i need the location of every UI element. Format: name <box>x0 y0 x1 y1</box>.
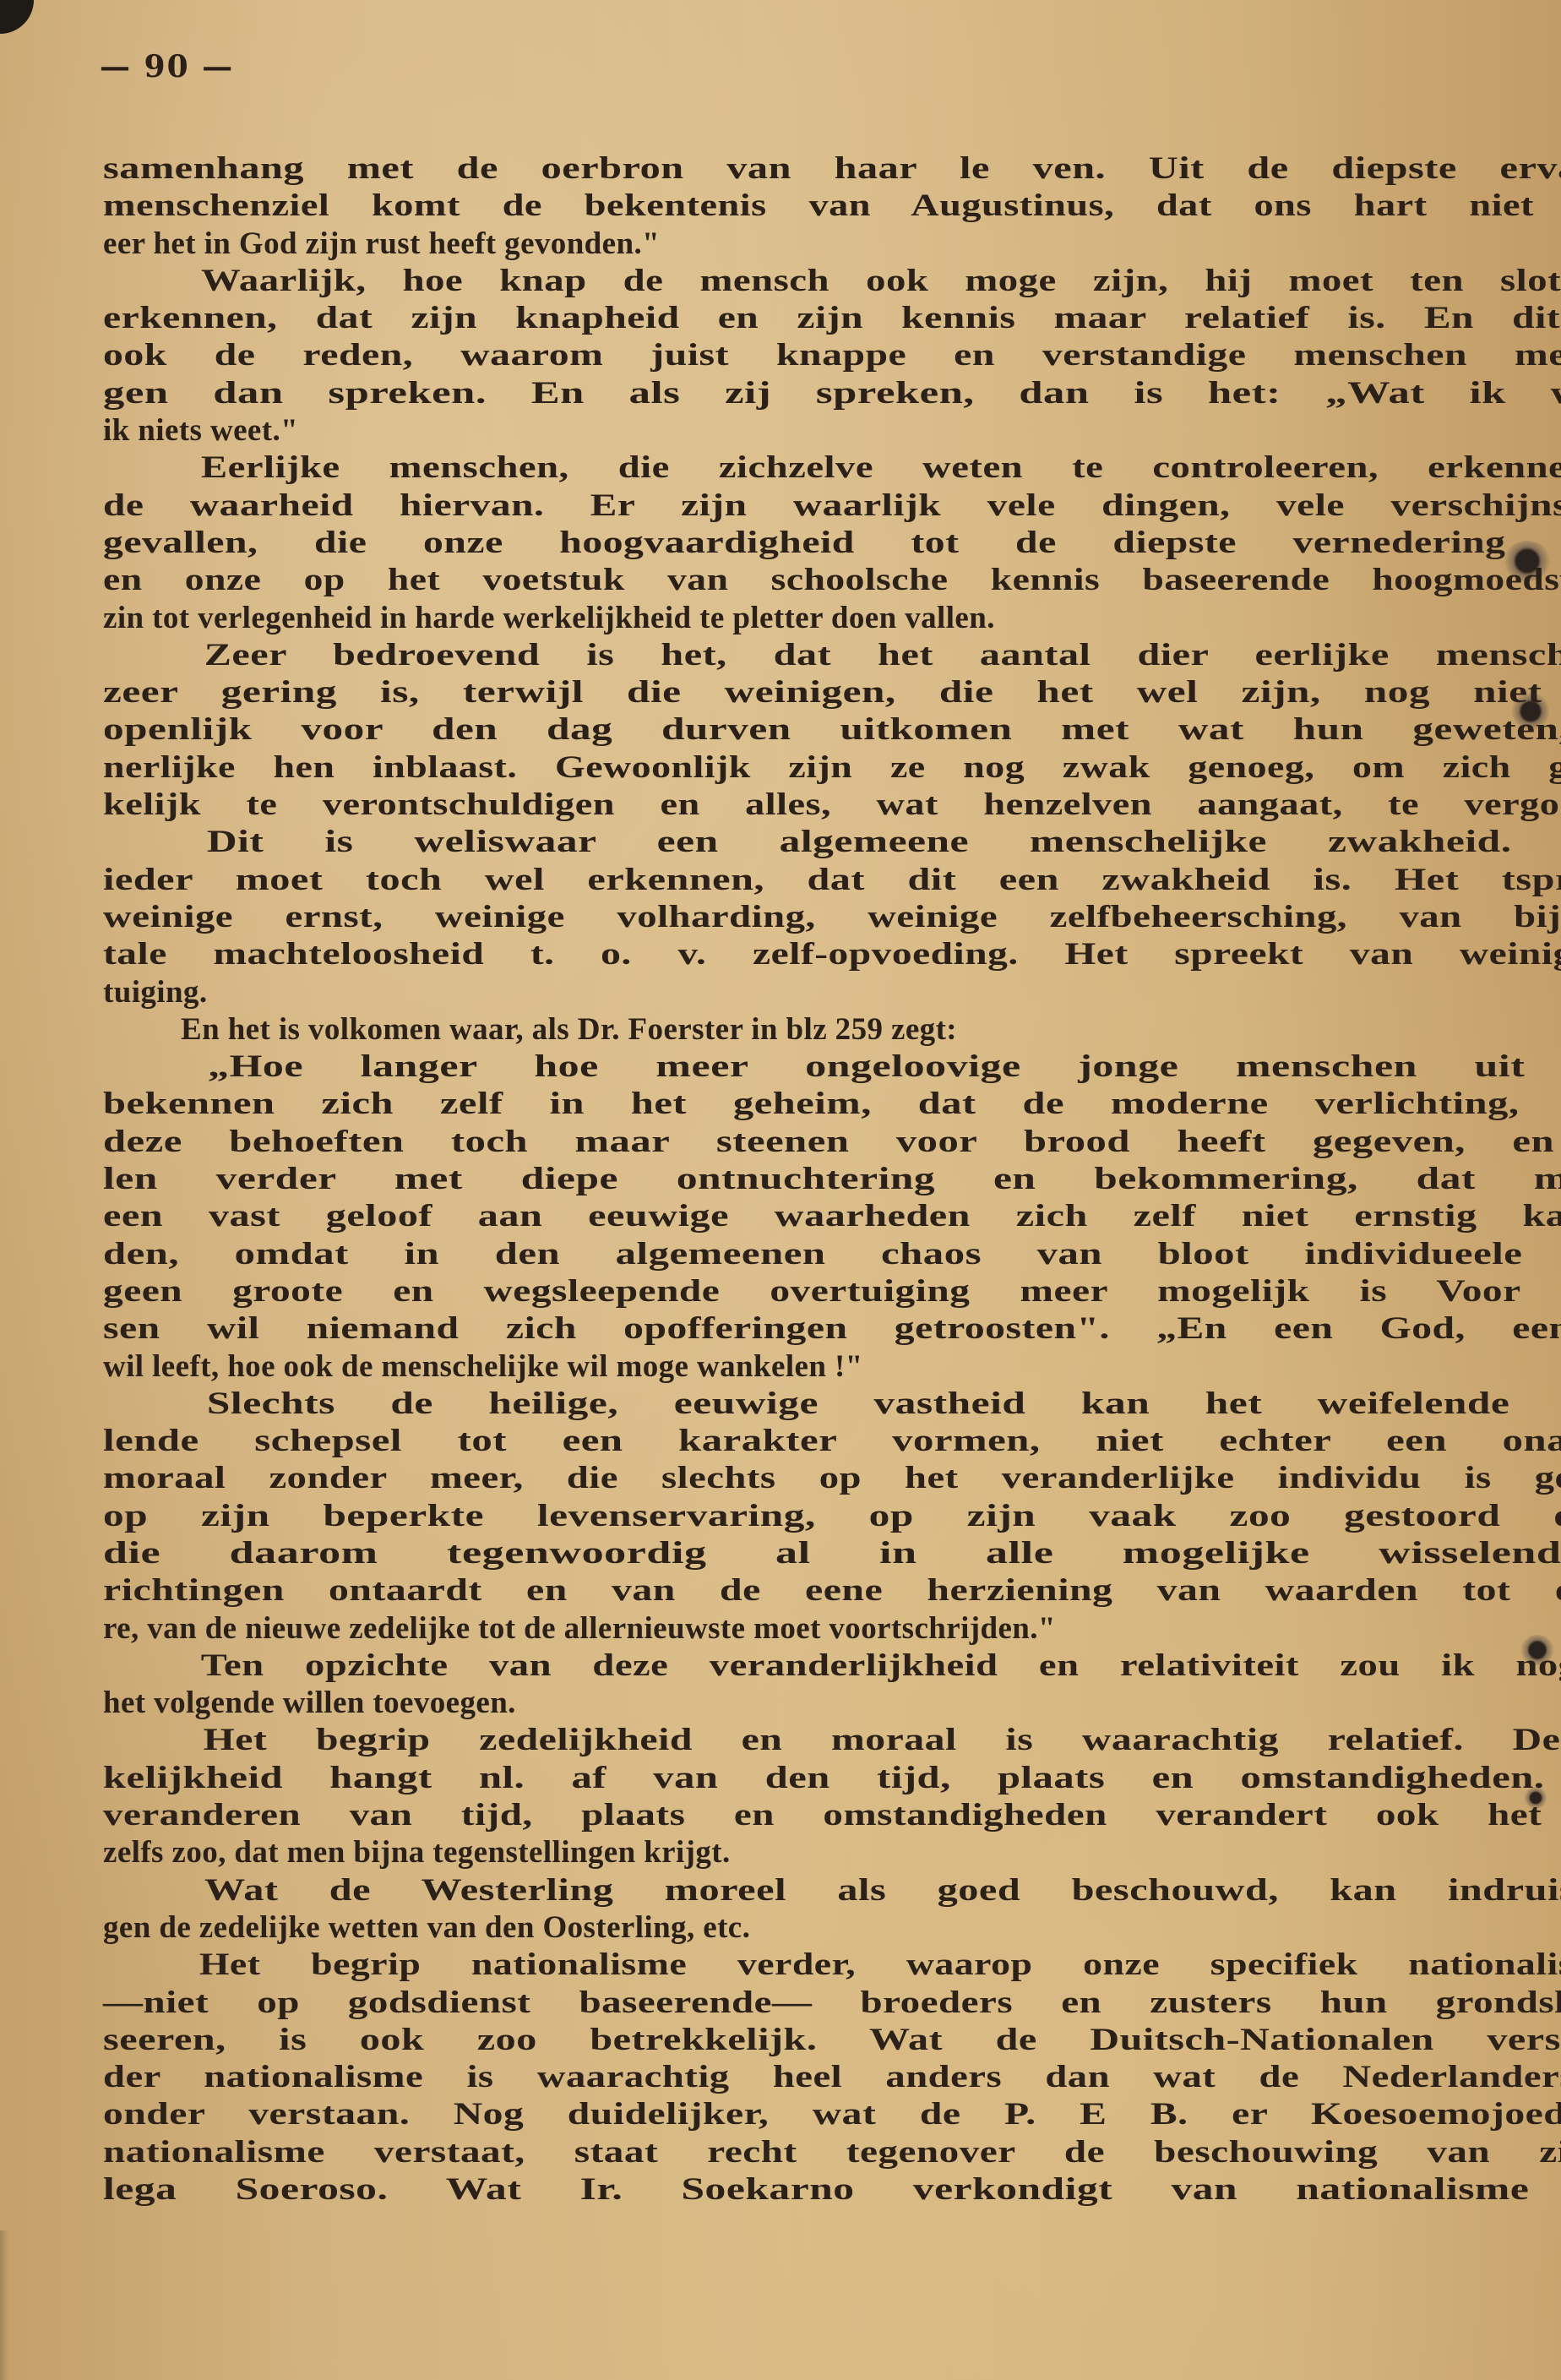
text-line: gen de zedelijke wetten van den Oosterli… <box>103 1909 1370 1947</box>
text-line: den, omdat in den algemeenen chaos van b… <box>103 1236 1561 1273</box>
text-line: richtingen ontaardt en van de eene herzi… <box>103 1572 1561 1609</box>
text-line: Wat de Westerling moreel als goed bescho… <box>103 1872 1561 1909</box>
text-line: samenhang met de oerbron van haar le ven… <box>103 150 1561 188</box>
text-line: kelijk te verontschuldigen en alles, wat… <box>103 787 1561 824</box>
text-line: Ten opzichte van deze veranderlijkheid e… <box>103 1647 1561 1685</box>
text-line: eer het in God zijn rust heeft gevonden.… <box>103 226 1370 263</box>
text-line: deze behoeften toch maar steenen voor br… <box>103 1124 1561 1161</box>
page-corner-shadow <box>0 0 34 34</box>
text-line: gevallen, die onze hoogvaardigheid tot d… <box>103 525 1561 562</box>
text-line: zeer gering is, terwijl die weinigen, di… <box>103 674 1561 711</box>
text-line: bekennen zich zelf in het geheim, dat de… <box>103 1086 1561 1123</box>
text-line: seeren, is ook zoo betrekkelijk. Wat de … <box>103 2022 1561 2059</box>
text-line: tuiging. <box>103 974 1370 1011</box>
text-line: len verder met diepe ontnuchtering en be… <box>103 1161 1561 1198</box>
text-line: ik niets weet." <box>103 412 1370 449</box>
text-line: ook de reden, waarom juist knappe en ver… <box>103 337 1561 374</box>
text-line: en onze op het voetstuk van schoolsche k… <box>103 562 1561 599</box>
text-line: lega Soeroso. Wat Ir. Soekarno verkondig… <box>103 2171 1561 2208</box>
text-line: onder verstaan. Nog duidelijker, wat de … <box>103 2096 1561 2133</box>
text-line: openlijk voor den dag durven uitkomen me… <box>103 711 1561 749</box>
text-line: een vast geloof aan eeuwige waarheden zi… <box>103 1198 1561 1235</box>
text-line: Dit is weliswaar een algemeene menscheli… <box>103 824 1561 861</box>
text-line: erkennen, dat zijn knapheid en zijn kenn… <box>103 300 1561 337</box>
text-line: wil leeft, hoe ook de menschelijke wil m… <box>103 1348 1370 1386</box>
text-line: zin tot verlegenheid in harde werkelijkh… <box>103 600 1370 637</box>
text-line: veranderen van tijd, plaats en omstandig… <box>103 1797 1561 1834</box>
text-line: gen dan spreken. En als zij spreken, dan… <box>103 375 1561 412</box>
scanned-page: — 90 — samenhang met de oerbron van haar… <box>0 0 1561 2380</box>
text-line: weinige ernst, weinige volharding, weini… <box>103 899 1561 936</box>
text-line: die daarom tegenwoordig al in alle mogel… <box>103 1535 1561 1572</box>
page-edge-shadow <box>0 2230 8 2380</box>
text-line: tale machteloosheid t. o. v. zelf-opvoed… <box>103 936 1561 973</box>
text-line: sen wil niemand zich opofferingen getroo… <box>103 1310 1561 1348</box>
page-number: — 90 — <box>100 49 234 84</box>
text-line: lende schepsel tot een karakter vormen, … <box>103 1423 1561 1460</box>
text-line: kelijkheid hangt nl. af van den tijd, pl… <box>103 1760 1561 1797</box>
text-line: ieder moet toch wel erkennen, dat dit ee… <box>103 862 1561 899</box>
text-line: re, van de nieuwe zedelijke tot de aller… <box>103 1610 1370 1647</box>
text-line: Eerlijke menschen, die zichzelve weten t… <box>103 449 1561 487</box>
body-text: samenhang met de oerbron van haar le ven… <box>103 150 1370 2208</box>
text-line: —niet op godsdienst baseerende— broeders… <box>103 1985 1561 2022</box>
text-line: „Hoe langer hoe meer ongeloovige jonge m… <box>103 1048 1561 1086</box>
text-line: menschenziel komt de bekentenis van Augu… <box>103 188 1561 225</box>
text-line: Zeer bedroevend is het, dat het aantal d… <box>103 637 1561 674</box>
text-line: Het begrip nationalisme verder, waarop o… <box>103 1947 1561 1984</box>
text-line: Slechts de heilige, eeuwige vastheid kan… <box>103 1386 1561 1423</box>
text-line: zelfs zoo, dat men bijna tegenstellingen… <box>103 1834 1370 1871</box>
text-line: de waarheid hiervan. Er zijn waarlijk ve… <box>103 487 1561 525</box>
text-line: der nationalisme is waarachtig heel ande… <box>103 2059 1561 2096</box>
text-line: Waarlijk, hoe knap de mensch ook moge zi… <box>103 263 1561 300</box>
text-line: op zijn beperkte levenservaring, op zijn… <box>103 1498 1561 1535</box>
text-line: nationalisme verstaat, staat recht tegen… <box>103 2134 1561 2171</box>
text-line: moraal zonder meer, die slechts op het v… <box>103 1460 1561 1497</box>
text-line: nerlijke hen inblaast. Gewoonlijk zijn z… <box>103 749 1561 787</box>
text-line: En het is volkomen waar, als Dr. Foerste… <box>103 1011 1370 1048</box>
text-line: geen groote en wegsleepende overtuiging … <box>103 1273 1561 1310</box>
text-line: Het begrip zedelijkheid en moraal is waa… <box>103 1722 1561 1759</box>
text-line: het volgende willen toevoegen. <box>103 1685 1370 1722</box>
